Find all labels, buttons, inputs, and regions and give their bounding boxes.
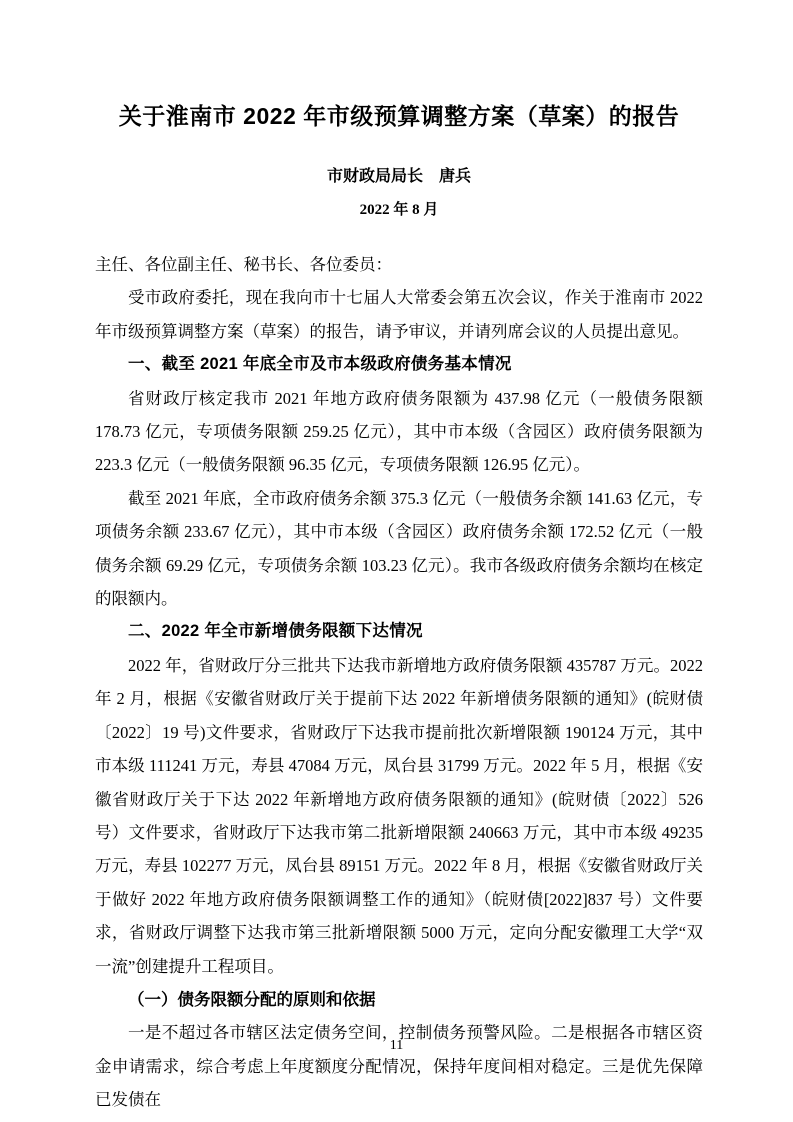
page-number: 11 xyxy=(0,1037,793,1055)
paragraph-new-debt-limits-2022: 2022 年，省财政厅分三批共下达我市新增地方政府债务限额 435787 万元。… xyxy=(95,649,703,983)
document-body: 主任、各位副主任、秘书长、各位委员： 受市政府委托，现在我向市十七届人大常委会第… xyxy=(95,248,703,1117)
document-title: 关于淮南市 2022 年市级预算调整方案（草案）的报告 xyxy=(95,99,703,133)
paragraph-debt-limit-2021: 省财政厅核定我市 2021 年地方政府债务限额为 437.98 亿元（一般债务限… xyxy=(95,382,703,482)
section-heading-1: 一、截至 2021 年底全市及市本级政府债务基本情况 xyxy=(95,348,703,381)
sub-heading-principles: （一）债务限额分配的原则和依据 xyxy=(95,983,703,1016)
document-page: 关于淮南市 2022 年市级预算调整方案（草案）的报告 市财政局局长 唐兵 20… xyxy=(0,0,793,1122)
section-heading-2: 二、2022 年全市新增债务限额下达情况 xyxy=(95,615,703,648)
paragraph-allocation-principles: 一是不超过各市辖区法定债务空间，控制债务预警风险。二是根据各市辖区资金申请需求，… xyxy=(95,1016,703,1116)
date-line: 2022 年 8 月 xyxy=(95,199,703,221)
paragraph-salutation: 主任、各位副主任、秘书长、各位委员： xyxy=(95,248,703,281)
document-content: 关于淮南市 2022 年市级预算调整方案（草案）的报告 市财政局局长 唐兵 20… xyxy=(95,0,703,1117)
paragraph-intro: 受市政府委托，现在我向市十七届人大常委会第五次会议，作关于淮南市 2022 年市… xyxy=(95,281,703,348)
paragraph-debt-balance-2021: 截至 2021 年底，全市政府债务余额 375.3 亿元（一般债务余额 141.… xyxy=(95,482,703,616)
author-line: 市财政局局长 唐兵 xyxy=(95,166,703,188)
